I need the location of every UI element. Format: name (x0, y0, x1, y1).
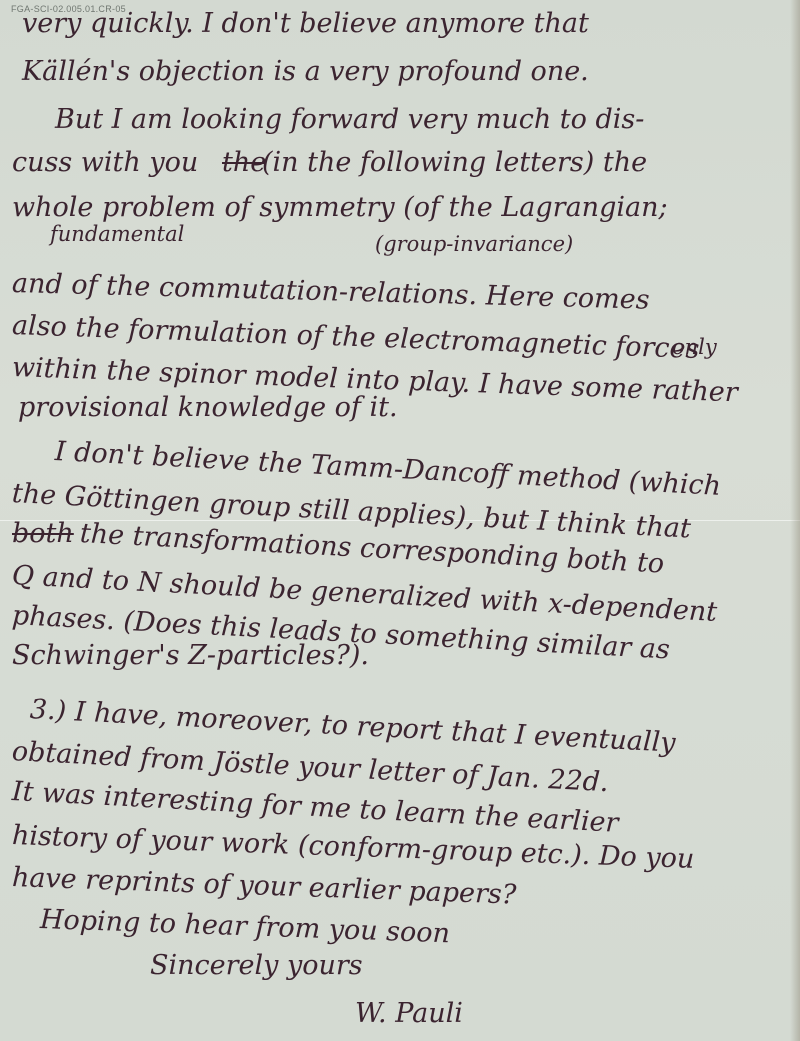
letter-page: FGA-SCI-02.005.01.CR-05 very quickly. I … (0, 0, 800, 1041)
handwritten-line: whole problem of symmetry (of the Lagran… (12, 192, 668, 223)
handwritten-line: Hoping to hear from you soon (39, 904, 450, 949)
handwritten-line: provisional knowledge of it. (18, 392, 398, 423)
handwritten-line: Källén's objection is a very profound on… (22, 56, 589, 87)
handwritten-line: Sincerely yours (150, 950, 363, 981)
handwritten-line: W. Pauli (355, 998, 463, 1029)
struck-word: both (12, 518, 74, 549)
handwritten-line: and of the commutation-relations. Here c… (12, 268, 650, 316)
interlinear-insertion: only (672, 335, 717, 359)
handwritten-line: very quickly. I don't believe anymore th… (22, 8, 589, 39)
interlinear-insertion: fundamental (50, 222, 184, 246)
handwritten-line: have reprints of your earlier papers? (11, 862, 516, 911)
handwritten-line: Schwinger's Z-particles?). (12, 640, 369, 671)
interlinear-insertion: (group-invariance) (375, 232, 573, 256)
handwritten-line: cuss with you (12, 147, 198, 178)
struck-word: the (222, 147, 266, 178)
handwritten-line: (in the following letters) the (262, 147, 647, 178)
handwritten-line: But I am looking forward very much to di… (55, 104, 644, 135)
